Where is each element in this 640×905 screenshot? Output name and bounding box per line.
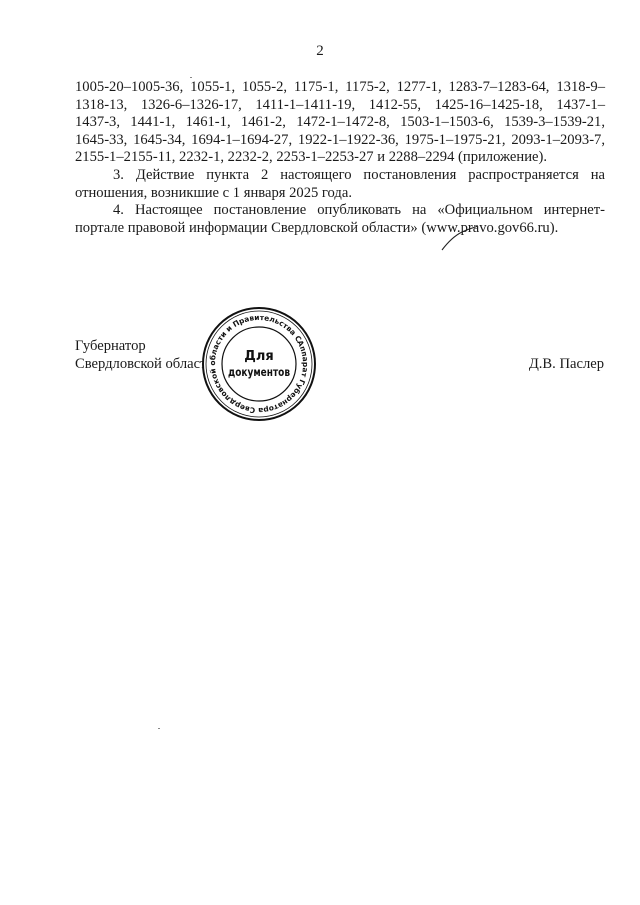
numbers-list-line: 1645-33, 1645-34, 1694-1–1694-27, 1922-1… [75,132,605,150]
page-number: 2 [0,42,640,60]
signatory-title-line-2: Свердловской области [75,355,214,373]
scan-speck [190,77,192,78]
seal-icon: Аппарат Губернатора Свердловской области… [201,306,317,422]
paragraph-3: 3. Действие пункта 2 настоящего постанов… [75,167,605,202]
signatory-title: Губернатор Свердловской области [75,337,214,373]
signatory-title-line-1: Губернатор [75,337,214,355]
official-seal-stamp: Аппарат Губернатора Свердловской области… [201,306,317,422]
seal-center-line-2: документов [228,365,290,379]
numbers-list-line: 1318-13, 1326-6–1326-17, 1411-1–1411-19,… [75,97,605,115]
numbers-list-line: 2155-1–2155-11, 2232-1, 2232-2, 2253-1–2… [75,149,605,167]
seal-center-line-1: Для [244,349,273,364]
scan-speck [158,728,160,729]
signatory-name: Д.В. Паслер [529,355,604,373]
numbers-list-line: 1005-20–1005-36, 1055-1, 1055-2, 1175-1,… [75,79,605,97]
document-body: 1005-20–1005-36, 1055-1, 1055-2, 1175-1,… [75,79,605,237]
paragraph-4-suffix: ). [550,220,559,236]
paragraph-4: 4. Настоящее постановление опубликовать … [75,202,605,237]
signature-stroke [440,222,480,252]
numbers-list-paragraph: 1005-20–1005-36, 1055-1, 1055-2, 1175-1,… [75,79,605,167]
numbers-list-line: 1437-3, 1441-1, 1461-1, 1461-2, 1472-1–1… [75,114,605,132]
